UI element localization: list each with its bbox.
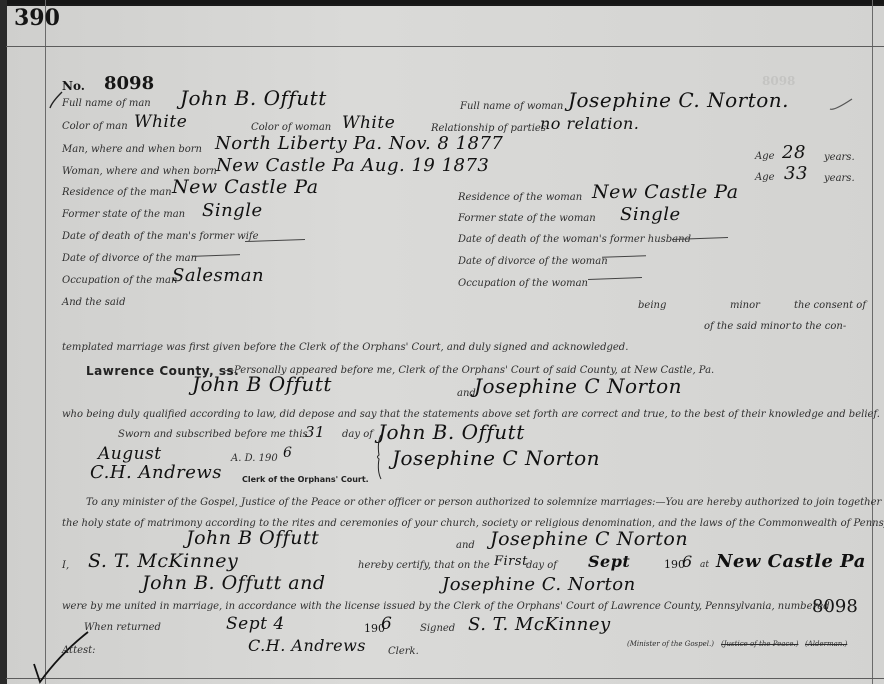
- certify-day-value: First: [494, 554, 528, 569]
- label-death-woman-former-husband: Date of death of the woman's former husb…: [458, 234, 691, 245]
- authorized-man-name: John B Offutt: [186, 527, 319, 549]
- label-and: and: [457, 388, 476, 399]
- minister-signature: S. T. McKinney: [468, 614, 611, 635]
- label-signed: Signed: [420, 623, 455, 634]
- woman-age-value: 33: [784, 163, 808, 184]
- label-of-said-minor: of the said minor: [704, 321, 790, 332]
- label-occupation-man: Occupation of the man: [62, 275, 177, 286]
- occupation-man-value: Salesman: [172, 265, 264, 286]
- man-born-value: North Liberty Pa. Nov. 8 1877: [215, 133, 503, 154]
- label-death-man-former-wife: Date of death of the man's former wife: [62, 231, 259, 242]
- clerk-signature: C.H. Andrews: [90, 462, 222, 483]
- checkmark-icon: [30, 630, 90, 684]
- color-man-value: White: [134, 112, 187, 132]
- label-former-state-woman: Former state of the woman: [458, 213, 596, 224]
- sworn-month-value: August: [98, 444, 162, 464]
- label-color-woman: Color of woman: [251, 122, 331, 133]
- label-divorce-man: Date of divorce of the man: [62, 253, 197, 264]
- label-sworn: Sworn and subscribed before me this: [118, 429, 308, 440]
- label-day-of: day of: [342, 429, 373, 440]
- label-full-name-man: Full name of man: [62, 98, 151, 109]
- officiant-name: S. T. McKinney: [88, 550, 238, 572]
- man-age-value: 28: [782, 142, 806, 163]
- residence-man-value: New Castle Pa: [172, 176, 319, 198]
- license-number: 8098: [104, 73, 154, 94]
- label-hereby-certify: hereby certify, that on the: [358, 560, 490, 571]
- label-ad-year: A. D. 190: [231, 453, 278, 464]
- party-signature-woman: Josephine C Norton: [392, 446, 600, 470]
- appeared-woman-name: Josephine C Norton: [474, 374, 682, 398]
- sworn-day-value: 31: [305, 423, 325, 441]
- woman-born-value: New Castle Pa Aug. 19 1873: [216, 155, 489, 176]
- label-attest: Attest:: [62, 645, 96, 656]
- to-any-minister-text: To any minister of the Gospel, Justice o…: [86, 497, 884, 508]
- label-years-woman: years.: [824, 173, 855, 184]
- scan-border-top: [0, 0, 884, 4]
- label-at: at: [700, 560, 709, 570]
- authorized-woman-name: Josephine C Norton: [490, 528, 688, 550]
- appeared-man-name: John B Offutt: [192, 372, 332, 396]
- license-number-footer: 8098: [812, 596, 858, 617]
- label-when-returned: When returned: [84, 622, 161, 633]
- label-former-state-man: Former state of the man: [62, 209, 185, 220]
- label-minor: minor: [730, 300, 760, 311]
- certify-month-value: Sept: [588, 552, 630, 571]
- label-clerk: Clerk.: [388, 646, 419, 657]
- certify-year-digit: 6: [682, 552, 693, 571]
- former-state-woman-value: Single: [620, 204, 681, 225]
- label-and-2: and: [456, 540, 475, 551]
- page-number: 390: [14, 5, 60, 31]
- attest-clerk-signature: C.H. Andrews: [248, 636, 366, 655]
- label-and-the-said: And the said: [62, 297, 126, 308]
- brace-icon: [375, 433, 385, 481]
- label-day-of-2: day of: [526, 560, 557, 571]
- checkmark-icon: [828, 96, 854, 112]
- justice-of-peace-label: (Justice of the Peace.): [721, 640, 798, 648]
- label-residence-man: Residence of the man: [62, 187, 172, 198]
- color-woman-value: White: [342, 113, 395, 133]
- label-occupation-woman: Occupation of the woman: [458, 278, 588, 289]
- label-age-woman: Age: [755, 172, 775, 183]
- minister-of-gospel-label: (Minister of the Gospel.): [627, 640, 714, 648]
- alderman-label: (Alderman.): [805, 640, 847, 648]
- party-signature-man: John B. Offutt: [378, 420, 525, 444]
- were-by-me-text: were by me united in marriage, in accord…: [62, 601, 830, 612]
- united-names-woman: Josephine C. Norton: [442, 574, 636, 595]
- label-residence-woman: Residence of the woman: [458, 192, 582, 203]
- who-being-qualified-text: who being duly qualified according to la…: [62, 409, 880, 420]
- label-being: being: [638, 300, 666, 311]
- united-names-man: John B. Offutt and: [142, 572, 326, 594]
- certify-place-value: New Castle Pa: [716, 551, 866, 572]
- label-color-man: Color of man: [62, 121, 128, 132]
- relationship-value: no relation.: [540, 114, 639, 133]
- man-full-name: John B. Offutt: [180, 86, 327, 110]
- label-i: I,: [62, 560, 69, 571]
- scan-border-left: [0, 0, 7, 684]
- label-full-name-woman: Full name of woman: [460, 101, 563, 112]
- ledger-margin-line: [45, 0, 46, 684]
- footer-rule: [6, 678, 884, 679]
- ledger-right-line: [872, 0, 873, 684]
- number-label: No.: [62, 79, 85, 93]
- label-to-the-con: to the con-: [792, 321, 846, 332]
- label-man-born: Man, where and when born: [62, 144, 202, 155]
- former-state-man-value: Single: [202, 200, 263, 221]
- residence-woman-value: New Castle Pa: [592, 181, 739, 203]
- label-age-man: Age: [755, 151, 775, 162]
- header-rule: [6, 46, 884, 47]
- label-years-man: years.: [824, 152, 855, 163]
- label-divorce-woman: Date of divorce of the woman: [458, 256, 608, 267]
- returned-year-digit: 6: [381, 614, 392, 634]
- label-consent-of: the consent of: [794, 300, 866, 311]
- woman-full-name: Josephine C. Norton.: [568, 88, 789, 112]
- returned-date-value: Sept 4: [226, 614, 285, 634]
- sworn-year-digit: 6: [283, 445, 292, 461]
- clerk-orphans-court-label: Clerk of the Orphans' Court.: [242, 475, 369, 484]
- templated-marriage-text: templated marriage was first given befor…: [62, 342, 628, 353]
- faded-stamp: 8098: [762, 74, 795, 88]
